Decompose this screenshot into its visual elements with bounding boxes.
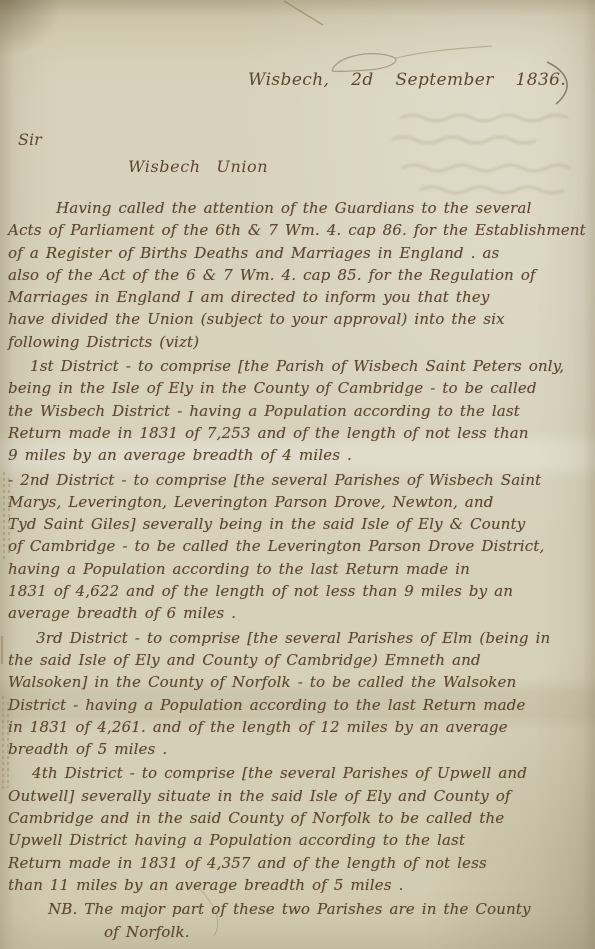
paragraph-district-4: 4th District - to comprise [the several … bbox=[8, 762, 590, 896]
paragraph-opening: Having called the attention of the Guard… bbox=[8, 197, 590, 353]
letter-line: the said Isle of Ely and County of Cambr… bbox=[8, 649, 590, 671]
letter-line: of Norfolk. bbox=[104, 921, 590, 943]
letter-heading: Wisbech Union bbox=[128, 157, 268, 176]
letter-line: Acts of Parliament of the 6th & 7 Wm. 4.… bbox=[8, 219, 590, 241]
letter-line: Walsoken] in the County of Norfolk - to … bbox=[8, 671, 590, 693]
letter-line: NB. The major part of these two Parishes… bbox=[8, 898, 590, 920]
letter-line: District - having a Population according… bbox=[8, 694, 590, 716]
letter-line: Cambridge and in the said County of Norf… bbox=[8, 807, 590, 829]
flourish-loop bbox=[332, 54, 396, 72]
letter-line: 1st District - to comprise [the Parish o… bbox=[8, 355, 590, 377]
paragraph-district-3: 3rd District - to comprise [the several … bbox=[8, 627, 590, 761]
letter-line: Having called the attention of the Guard… bbox=[8, 197, 590, 219]
letter-page: Wisbech, 2d September 1836. Sir Wisbech … bbox=[0, 0, 595, 949]
paragraph-district-1: 1st District - to comprise [the Parish o… bbox=[8, 355, 590, 466]
letter-line: Tyd Saint Giles] severally being in the … bbox=[8, 513, 590, 535]
letter-line: Upwell District having a Population acco… bbox=[8, 829, 590, 851]
pen-stroke-top bbox=[284, 1, 323, 25]
letter-line: the Wisbech District - having a Populati… bbox=[8, 400, 590, 422]
letter-line: have divided the Union (subject to your … bbox=[8, 308, 590, 330]
salutation: Sir bbox=[18, 130, 42, 149]
dateline: Wisbech, 2d September 1836. bbox=[248, 70, 566, 90]
paragraph-nota-bene: NB. The major part of these two Parishes… bbox=[8, 898, 590, 943]
letter-line: being in the Isle of Ely in the County o… bbox=[8, 377, 590, 399]
letter-line: than 11 miles by an average breadth of 5… bbox=[8, 874, 590, 896]
letter-line: having a Population according to the las… bbox=[8, 558, 590, 580]
bleed-through-text bbox=[392, 115, 570, 193]
letter-line: of Cambridge - to be called the Levering… bbox=[8, 535, 590, 557]
letter-line: breadth of 5 miles . bbox=[8, 738, 590, 760]
letter-line: 1831 of 4,622 and of the length of not l… bbox=[8, 580, 590, 602]
letter-line: Return made in 1831 of 7,253 and of the … bbox=[8, 422, 590, 444]
letter-line: Return made in 1831 of 4,357 and of the … bbox=[8, 852, 590, 874]
letter-line: in 1831 of 4,261. and of the length of 1… bbox=[8, 716, 590, 738]
letter-line: Outwell] severally situate in the said I… bbox=[8, 785, 590, 807]
letter-line: also of the Act of the 6 & 7 Wm. 4. cap … bbox=[8, 264, 590, 286]
letter-line: 4th District - to comprise [the several … bbox=[8, 762, 590, 784]
letter-line: Marys, Leverington, Leverington Parson D… bbox=[8, 491, 590, 513]
letter-line: of a Register of Births Deaths and Marri… bbox=[8, 242, 590, 264]
paragraph-district-2: - 2nd District - to comprise [the severa… bbox=[8, 469, 590, 625]
letter-line: following Districts (vizt) bbox=[8, 331, 590, 353]
letter-line: Marriages in England I am directed to in… bbox=[8, 286, 590, 308]
letter-line: - 2nd District - to comprise [the severa… bbox=[8, 469, 590, 491]
letter-line: average breadth of 6 miles . bbox=[8, 602, 590, 624]
letter-body: Having called the attention of the Guard… bbox=[8, 197, 590, 945]
letter-line: 3rd District - to comprise [the several … bbox=[8, 627, 590, 649]
flourish-tail bbox=[396, 46, 492, 58]
letter-line: 9 miles by an average breadth of 4 miles… bbox=[8, 444, 590, 466]
